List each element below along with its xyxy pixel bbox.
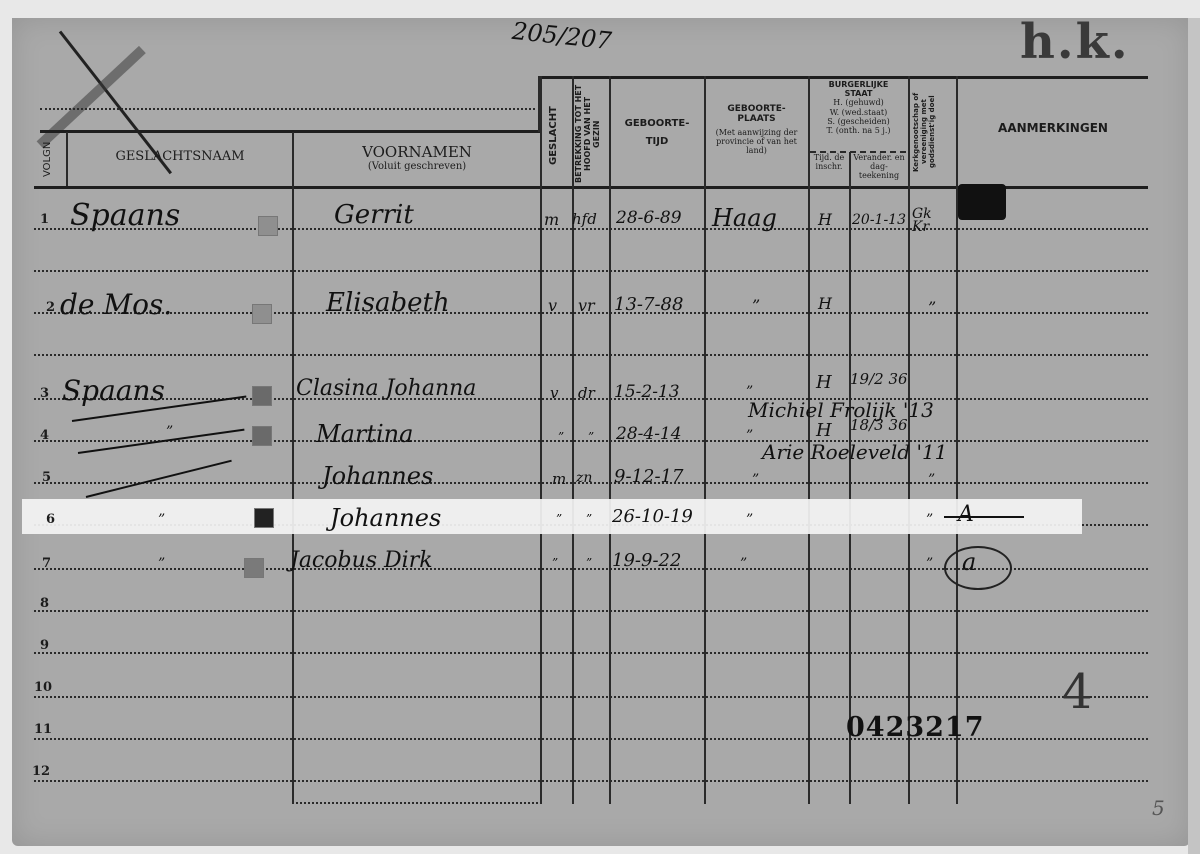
relation: hfd	[572, 210, 597, 228]
relation: vr	[578, 296, 595, 315]
birth-date: 28-4-14	[616, 424, 682, 444]
margin-note: 4	[1062, 664, 1093, 720]
row-rule-2b	[34, 354, 1148, 356]
given-name: Johannes	[322, 462, 433, 490]
stamp-square-1	[258, 216, 278, 236]
church: ”	[926, 556, 933, 572]
birth-place: ”	[740, 556, 747, 572]
sex: v	[550, 384, 558, 402]
civil-status: H	[818, 210, 832, 229]
sex: ”	[556, 512, 562, 526]
sex: m	[552, 470, 566, 488]
relation: ”	[586, 556, 592, 570]
birth-place: ”	[746, 512, 753, 528]
birth-place: Haag	[712, 204, 777, 232]
header-dotted-guide	[40, 108, 535, 110]
header-burgerlijke-staat: BURGERLIJKE STAAT H. (gehuwd) W. (wed.st…	[810, 80, 907, 135]
voornamen-box-bottom	[292, 802, 542, 804]
row-rule-8	[34, 610, 1148, 612]
surname: ”	[158, 512, 165, 528]
row-number: 2	[46, 300, 55, 315]
surname: de Mos.	[60, 288, 172, 321]
status-date: 19/2 36	[850, 370, 908, 388]
birth-place: ”	[752, 472, 759, 488]
sex: m	[544, 210, 559, 229]
remarks-struck: A	[958, 502, 974, 527]
header-volgnummer: VOLGN	[42, 134, 53, 184]
row-number: 11	[34, 722, 52, 737]
row-number: 1	[40, 212, 49, 227]
birth-date: 19-9-22	[612, 550, 681, 571]
sex: v	[548, 296, 557, 315]
remarks-strike	[944, 516, 1024, 518]
header-kerkgenootschap: Kerkgenootschap of vereeniging met godsd…	[912, 80, 954, 184]
col-line-volgn	[66, 132, 68, 186]
row-rule-12	[34, 780, 1148, 782]
header-aanmerkingen: AANMERKINGEN	[958, 122, 1148, 136]
ink-blot	[958, 184, 1006, 220]
header-top-rule-right	[538, 76, 1148, 79]
relation: ”	[586, 512, 592, 526]
civil-status: H	[818, 294, 832, 313]
church: ”	[928, 298, 936, 317]
stamp-square-6	[254, 508, 274, 528]
card-edge	[1188, 18, 1200, 854]
birth-date: 15-2-13	[614, 382, 680, 402]
given-name: Elisabeth	[326, 288, 450, 318]
given-name: Martina	[316, 420, 413, 448]
birth-place: ”	[746, 428, 753, 444]
row-rule-1	[34, 228, 1148, 230]
civil-status: H	[816, 372, 832, 393]
given-name: Jacobus Dirk	[290, 548, 433, 573]
serial-number: 0423217	[846, 712, 985, 743]
church: Gk Kr	[912, 208, 952, 233]
col-line-voornamen-left	[292, 132, 294, 804]
header-geslacht: GESLACHT	[548, 90, 559, 182]
surname: ”	[158, 556, 165, 572]
remarks: a	[962, 548, 976, 576]
stamp-square-4	[252, 426, 272, 446]
row-number: 12	[32, 764, 50, 779]
sex: ”	[558, 430, 564, 444]
given-name: Johannes	[330, 504, 441, 532]
birth-date: 28-6-89	[616, 208, 682, 228]
civil-status: H	[816, 420, 832, 441]
relation: dr	[578, 384, 595, 402]
row-number: 5	[42, 470, 51, 485]
header-geslachtsnaam: GESLACHTSNAAM	[70, 150, 290, 165]
row-number: 8	[40, 596, 49, 611]
header-geboorteplaats: GEBOORTE- PLAATS (Met aanwijzing der pro…	[706, 104, 807, 155]
header-betrekking: BETREKKING TOT HET HOOFD VAN HET GEZIN	[574, 84, 608, 184]
remarks-circle	[944, 546, 1012, 590]
row-number: 4	[40, 428, 49, 443]
header-voornamen: VOORNAMEN (Voluit geschreven)	[296, 144, 538, 173]
remarks-spouse: Arie Roeleveld '11	[762, 440, 947, 464]
row-number: 10	[34, 680, 52, 695]
birth-date: 13-7-88	[614, 294, 683, 315]
row-rule-1b	[34, 270, 1148, 272]
given-name: Gerrit	[334, 200, 414, 230]
row-number: 9	[40, 638, 49, 653]
surname: ”	[166, 424, 173, 440]
church: ”	[926, 512, 933, 528]
col-line-bs-split	[849, 152, 851, 804]
relation: zn	[576, 470, 592, 486]
status-date: 20-1-13	[852, 212, 906, 228]
row-rule-10	[34, 696, 1148, 698]
given-name: Clasina Johanna	[296, 376, 476, 401]
header-bs-tijd: Tijd. de inschr.	[810, 153, 848, 171]
stamp-square-7	[244, 558, 264, 578]
hk-stamp: h.k.	[1020, 14, 1130, 70]
row-number: 3	[40, 386, 49, 401]
selected-row-highlight	[22, 499, 1082, 534]
stamp-square-3	[252, 386, 272, 406]
stamp-square-2	[252, 304, 272, 324]
surname: Spaans	[70, 198, 180, 233]
header-geboortetijd: GEBOORTE- TIJD	[611, 118, 703, 147]
row-number: 7	[42, 556, 51, 571]
header-top-rule-left	[40, 130, 540, 133]
birth-place: ”	[752, 296, 760, 315]
birth-date: 26-10-19	[612, 506, 693, 527]
relation: ”	[588, 430, 594, 444]
birth-date: 9-12-17	[614, 466, 683, 487]
row-rule-9	[34, 652, 1148, 654]
church: ”	[928, 472, 935, 488]
sex: ”	[552, 556, 558, 570]
surname: Spaans	[62, 374, 165, 407]
status-date: 18/3 36	[850, 416, 908, 434]
corner-mark: 5	[1152, 796, 1165, 820]
row-number: 6	[46, 512, 55, 527]
header-bs-verander: Verander. en dag-teekening	[851, 153, 907, 181]
